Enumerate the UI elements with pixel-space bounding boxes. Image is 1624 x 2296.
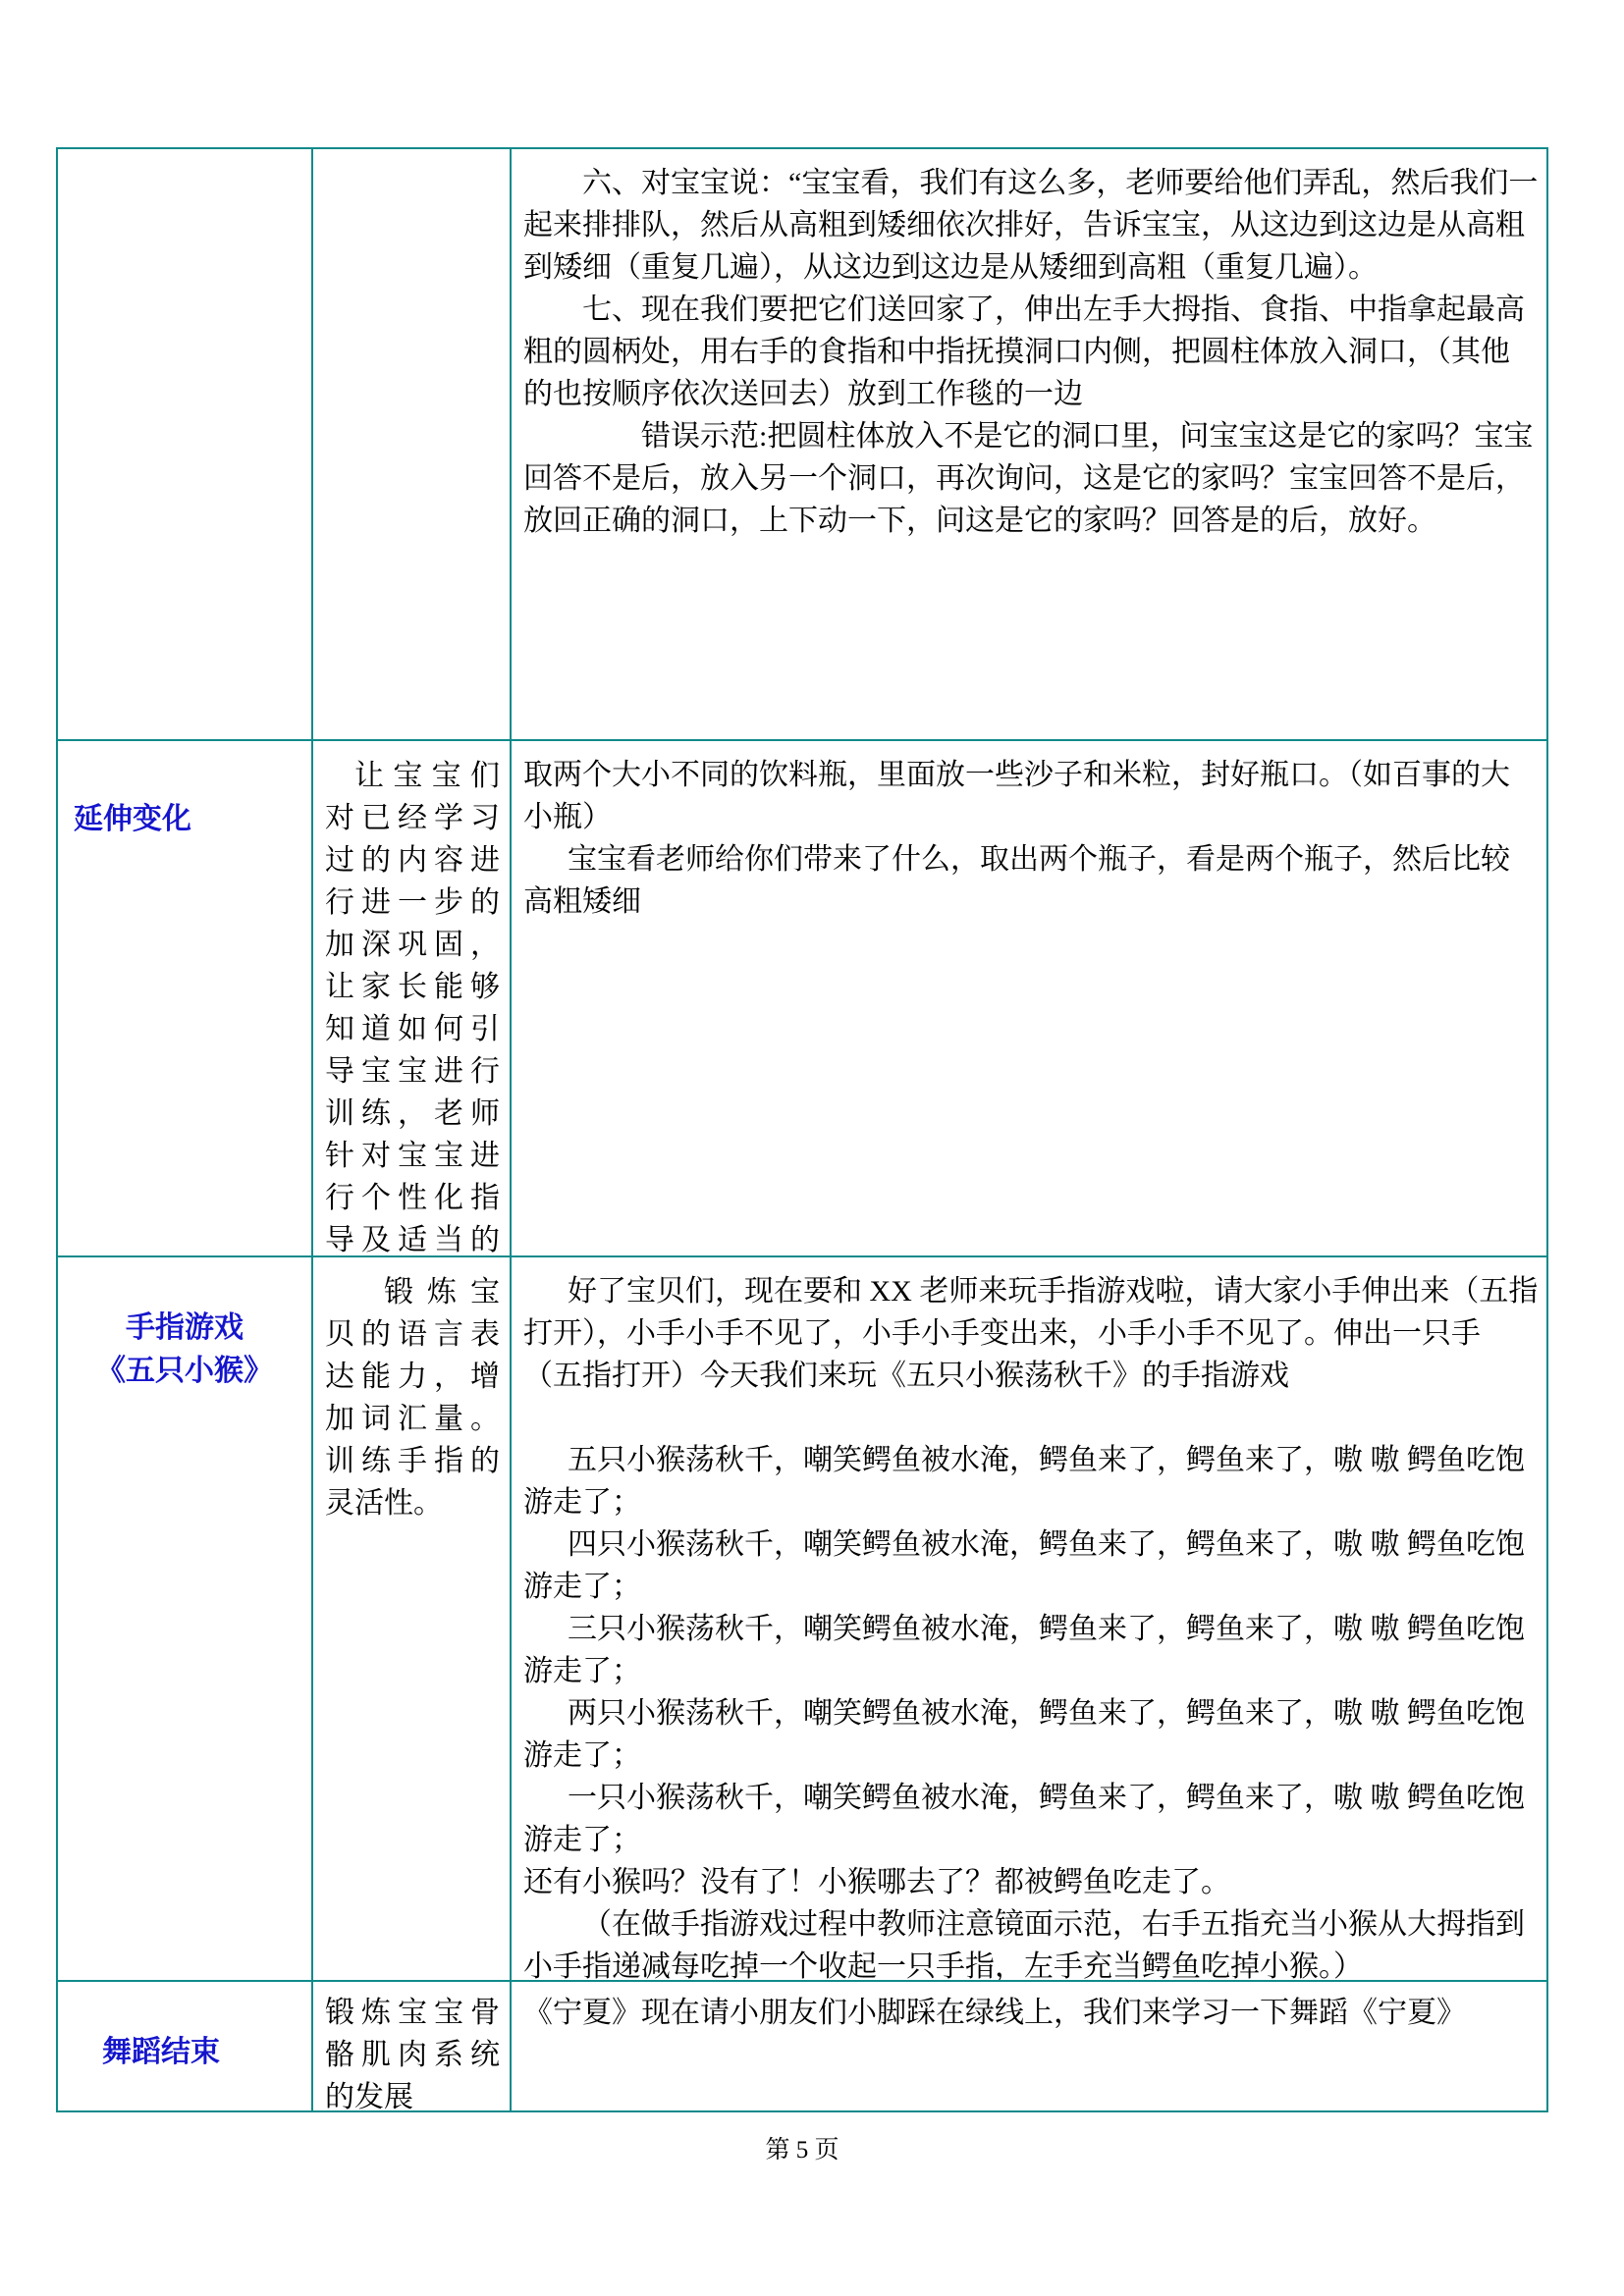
verse-four-monkeys: 四只小猴荡秋千，嘲笑鳄鱼被水淹，鳄鱼来了，鳄鱼来了，嗷 嗷 鳄鱼吃饱游走了； bbox=[523, 1523, 1539, 1608]
page-number-footer: 第 5 页 bbox=[56, 2130, 1548, 2165]
row3-intro-paragraph: 好了宝贝们，现在要和 XX 老师来玩手指游戏啦，请大家小手伸出来（五指打开），小… bbox=[523, 1270, 1539, 1397]
lesson-plan-table: 六、对宝宝说：“宝宝看，我们有这么多，老师要给他们弄乱，然后我们一起来排排队，然… bbox=[56, 147, 1548, 2112]
row3-objective-cell: 锻炼宝贝的语言表达能力，增加词汇量。训练手指的灵活性。 bbox=[313, 1257, 512, 1982]
row1-paragraph-seven: 七、现在我们要把它们送回家了，伸出左手大拇指、食指、中指拿起最高粗的圆柄处，用右… bbox=[523, 289, 1539, 415]
row3-objective-text: 锻炼宝贝的语言表达能力，增加词汇量。训练手指的灵活性。 bbox=[325, 1271, 500, 1524]
row1-stage-cell bbox=[58, 149, 313, 741]
row2-objective-cell: 让宝宝们对已经学习过的内容进行进一步的加深巩固，让家长能够知道如何引导宝宝进行训… bbox=[313, 741, 512, 1257]
row3-teacher-note: （在做手指游戏过程中教师注意镜面示范，右手五指充当小猴从大拇指到小手指递减每吃掉… bbox=[523, 1903, 1539, 1982]
verse-one-monkey: 一只小猴荡秋千，嘲笑鳄鱼被水淹，鳄鱼来了，鳄鱼来了，嗷 嗷 鳄鱼吃饱游走了； bbox=[523, 1777, 1539, 1861]
row3-content-cell: 好了宝贝们，现在要和 XX 老师来玩手指游戏啦，请大家小手伸出来（五指打开），小… bbox=[512, 1257, 1546, 1982]
row4-stage-cell: 舞蹈结束 bbox=[58, 1982, 313, 2110]
row4-paragraph-1: 《宁夏》现在请小朋友们小脚踩在绿线上，我们来学习一下舞蹈《宁夏》 bbox=[523, 1992, 1539, 2034]
row4-objective-text: 锻炼宝宝骨骼肌肉系统的发展 bbox=[325, 1992, 500, 2110]
row3-stage-cell: 手指游戏 《五只小猴》 bbox=[58, 1257, 313, 1982]
verse-five-monkeys: 五只小猴荡秋千，嘲笑鳄鱼被水淹，鳄鱼来了，鳄鱼来了，嗷 嗷 鳄鱼吃饱游走了； bbox=[523, 1439, 1539, 1523]
row4-content-cell: 《宁夏》现在请小朋友们小脚踩在绿线上，我们来学习一下舞蹈《宁夏》 bbox=[512, 1982, 1546, 2110]
stage-label-finger-game: 手指游戏 bbox=[64, 1307, 305, 1350]
row2-content-cell: 取两个大小不同的饮料瓶，里面放一些沙子和米粒，封好瓶口。（如百事的大小瓶） 宝宝… bbox=[512, 741, 1546, 1257]
row2-paragraph-2: 宝宝看老师给你们带来了什么，取出两个瓶子，看是两个瓶子，然后比较高粗矮细 bbox=[523, 838, 1539, 923]
verse-ending-line: 还有小猴吗？没有了！小猴哪去了？都被鳄鱼吃走了。 bbox=[523, 1861, 1539, 1903]
verse-three-monkeys: 三只小猴荡秋千，嘲笑鳄鱼被水淹，鳄鱼来了，鳄鱼来了，嗷 嗷 鳄鱼吃饱游走了； bbox=[523, 1608, 1539, 1692]
stage-label-dance-end: 舞蹈结束 bbox=[102, 2031, 305, 2074]
row1-objective-cell bbox=[313, 149, 512, 741]
row1-error-demo-paragraph: 错误示范:把圆柱体放入不是它的洞口里，问宝宝这是它的家吗？宝宝回答不是后，放入另… bbox=[523, 415, 1539, 542]
verse-two-monkeys: 两只小猴荡秋千，嘲笑鳄鱼被水淹，鳄鱼来了，鳄鱼来了，嗷 嗷 鳄鱼吃饱游走了； bbox=[523, 1692, 1539, 1777]
row2-objective-text: 让宝宝们对已经学习过的内容进行进一步的加深巩固，让家长能够知道如何引导宝宝进行训… bbox=[325, 755, 500, 1257]
stage-label-extension: 延伸变化 bbox=[74, 798, 305, 841]
row2-stage-cell: 延伸变化 bbox=[58, 741, 313, 1257]
row1-content-cell: 六、对宝宝说：“宝宝看，我们有这么多，老师要给他们弄乱，然后我们一起来排排队，然… bbox=[512, 149, 1546, 741]
blank-line-spacer bbox=[523, 1397, 1539, 1439]
document-page: { "colors": { "border": "#0f8a8a", "head… bbox=[0, 0, 1624, 2296]
row4-objective-cell: 锻炼宝宝骨骼肌肉系统的发展 bbox=[313, 1982, 512, 2110]
stage-label-finger-game-title: 《五只小猴》 bbox=[64, 1350, 305, 1393]
row2-paragraph-1: 取两个大小不同的饮料瓶，里面放一些沙子和米粒，封好瓶口。（如百事的大小瓶） bbox=[523, 754, 1539, 838]
row1-paragraph-six: 六、对宝宝说：“宝宝看，我们有这么多，老师要给他们弄乱，然后我们一起来排排队，然… bbox=[523, 162, 1539, 289]
